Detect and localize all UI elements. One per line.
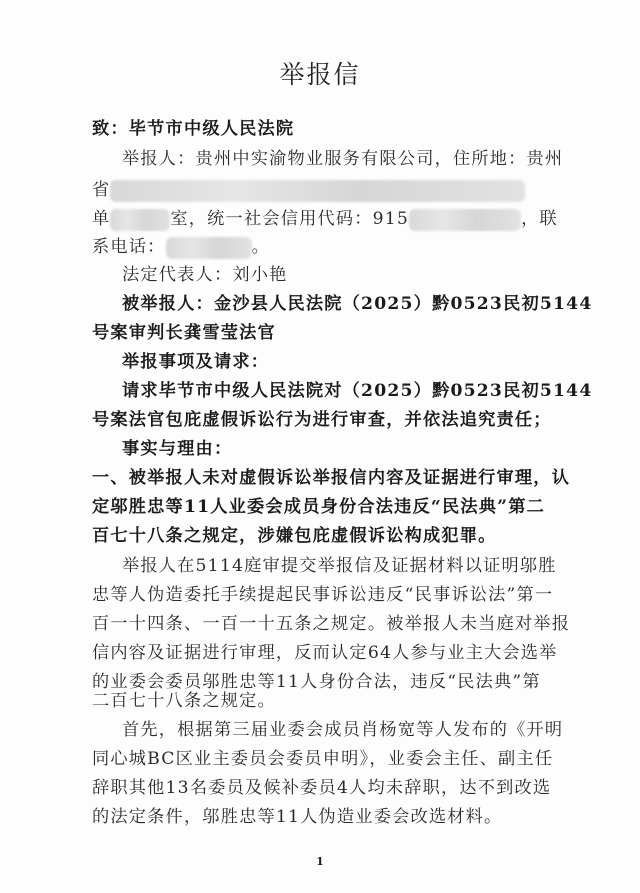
document-page: 举报信 致：毕节市中级人民法院 举报人：贵州中实渝物业服务有限公司，住所地：贵州… [0,0,640,893]
credit-code-label: 室，统一社会信用代码：915 [170,209,409,229]
page-number: 1 [0,855,640,868]
address-prefix: 省 [92,180,110,200]
point-one-line-2: 定邬胜忠等11人业委会成员身份合法违反“民法典”第二 [92,496,545,518]
redacted-unit [110,209,170,231]
addressee: 致：毕节市中级人民法院 [92,118,294,140]
request-line-1: 请求毕节市中级人民法院对（2025）黔0523民初5144 [122,380,593,402]
first-para-line-2: 同心城BC区业主委员会委员申明》，业委会主任、副主任 [92,748,553,770]
para-line-2: 忠等人伪造委托手续提起民事诉讼违反“民事诉讼法”第一 [92,584,553,606]
document-title: 举报信 [0,55,640,91]
para-line-3: 百一十四条、一百一十五条之规定。被举报人未当庭对举报 [92,613,570,635]
credit-code-suffix: ，联 [521,209,558,229]
phone-label: 系电话： [92,237,166,257]
first-para-line-1: 首先，根据第三届业委会成员肖杨宽等人发布的《开明 [122,719,563,741]
para-line-6: 二百七十八条之规定。 [92,690,276,712]
facts-heading: 事实与理由： [122,438,232,460]
legal-rep-line: 法定代表人：刘小艳 [122,264,288,286]
redacted-credit-code [409,209,521,231]
redacted-address [110,180,525,202]
credit-code-line: 单室，统一社会信用代码：915，联 [92,208,558,231]
first-para-line-4: 的法定条件，邬胜忠等11人伪造业委会改选材料。 [92,806,502,828]
request-line-2: 号案法官包庇虚假诉讼行为进行审查，并依法追究责任； [92,409,552,431]
phone-line: 系电话：。 [92,236,270,259]
point-one-line-3: 百七十八条之规定，涉嫌包庇虚假诉讼构成犯罪。 [92,525,497,547]
para-line-1: 举报人在5114庭审提交举报信及证据材料以证明邬胜 [122,555,557,577]
first-para-line-3: 辞职其他13名委员及候补委员4人均未辞职，达不到改选 [92,777,551,799]
unit-prefix: 单 [92,209,110,229]
reporter-line: 举报人：贵州中实渝物业服务有限公司，住所地：贵州 [122,148,563,170]
point-one-line-1: 一、被举报人未对虚假诉讼举报信内容及证据进行审理，认 [92,467,570,489]
para-line-4: 信内容及证据进行审理，反而认定64人参与业主大会选举 [92,642,558,664]
request-heading: 举报事项及请求： [122,351,269,373]
respondent-line-1: 被举报人：金沙县人民法院（2025）黔0523民初5144 [122,293,593,315]
respondent-line-2: 号案审判长龚雪莹法官 [92,322,276,344]
redacted-phone [166,237,252,259]
phone-suffix: 。 [252,237,270,257]
address-line: 省 [92,179,525,202]
